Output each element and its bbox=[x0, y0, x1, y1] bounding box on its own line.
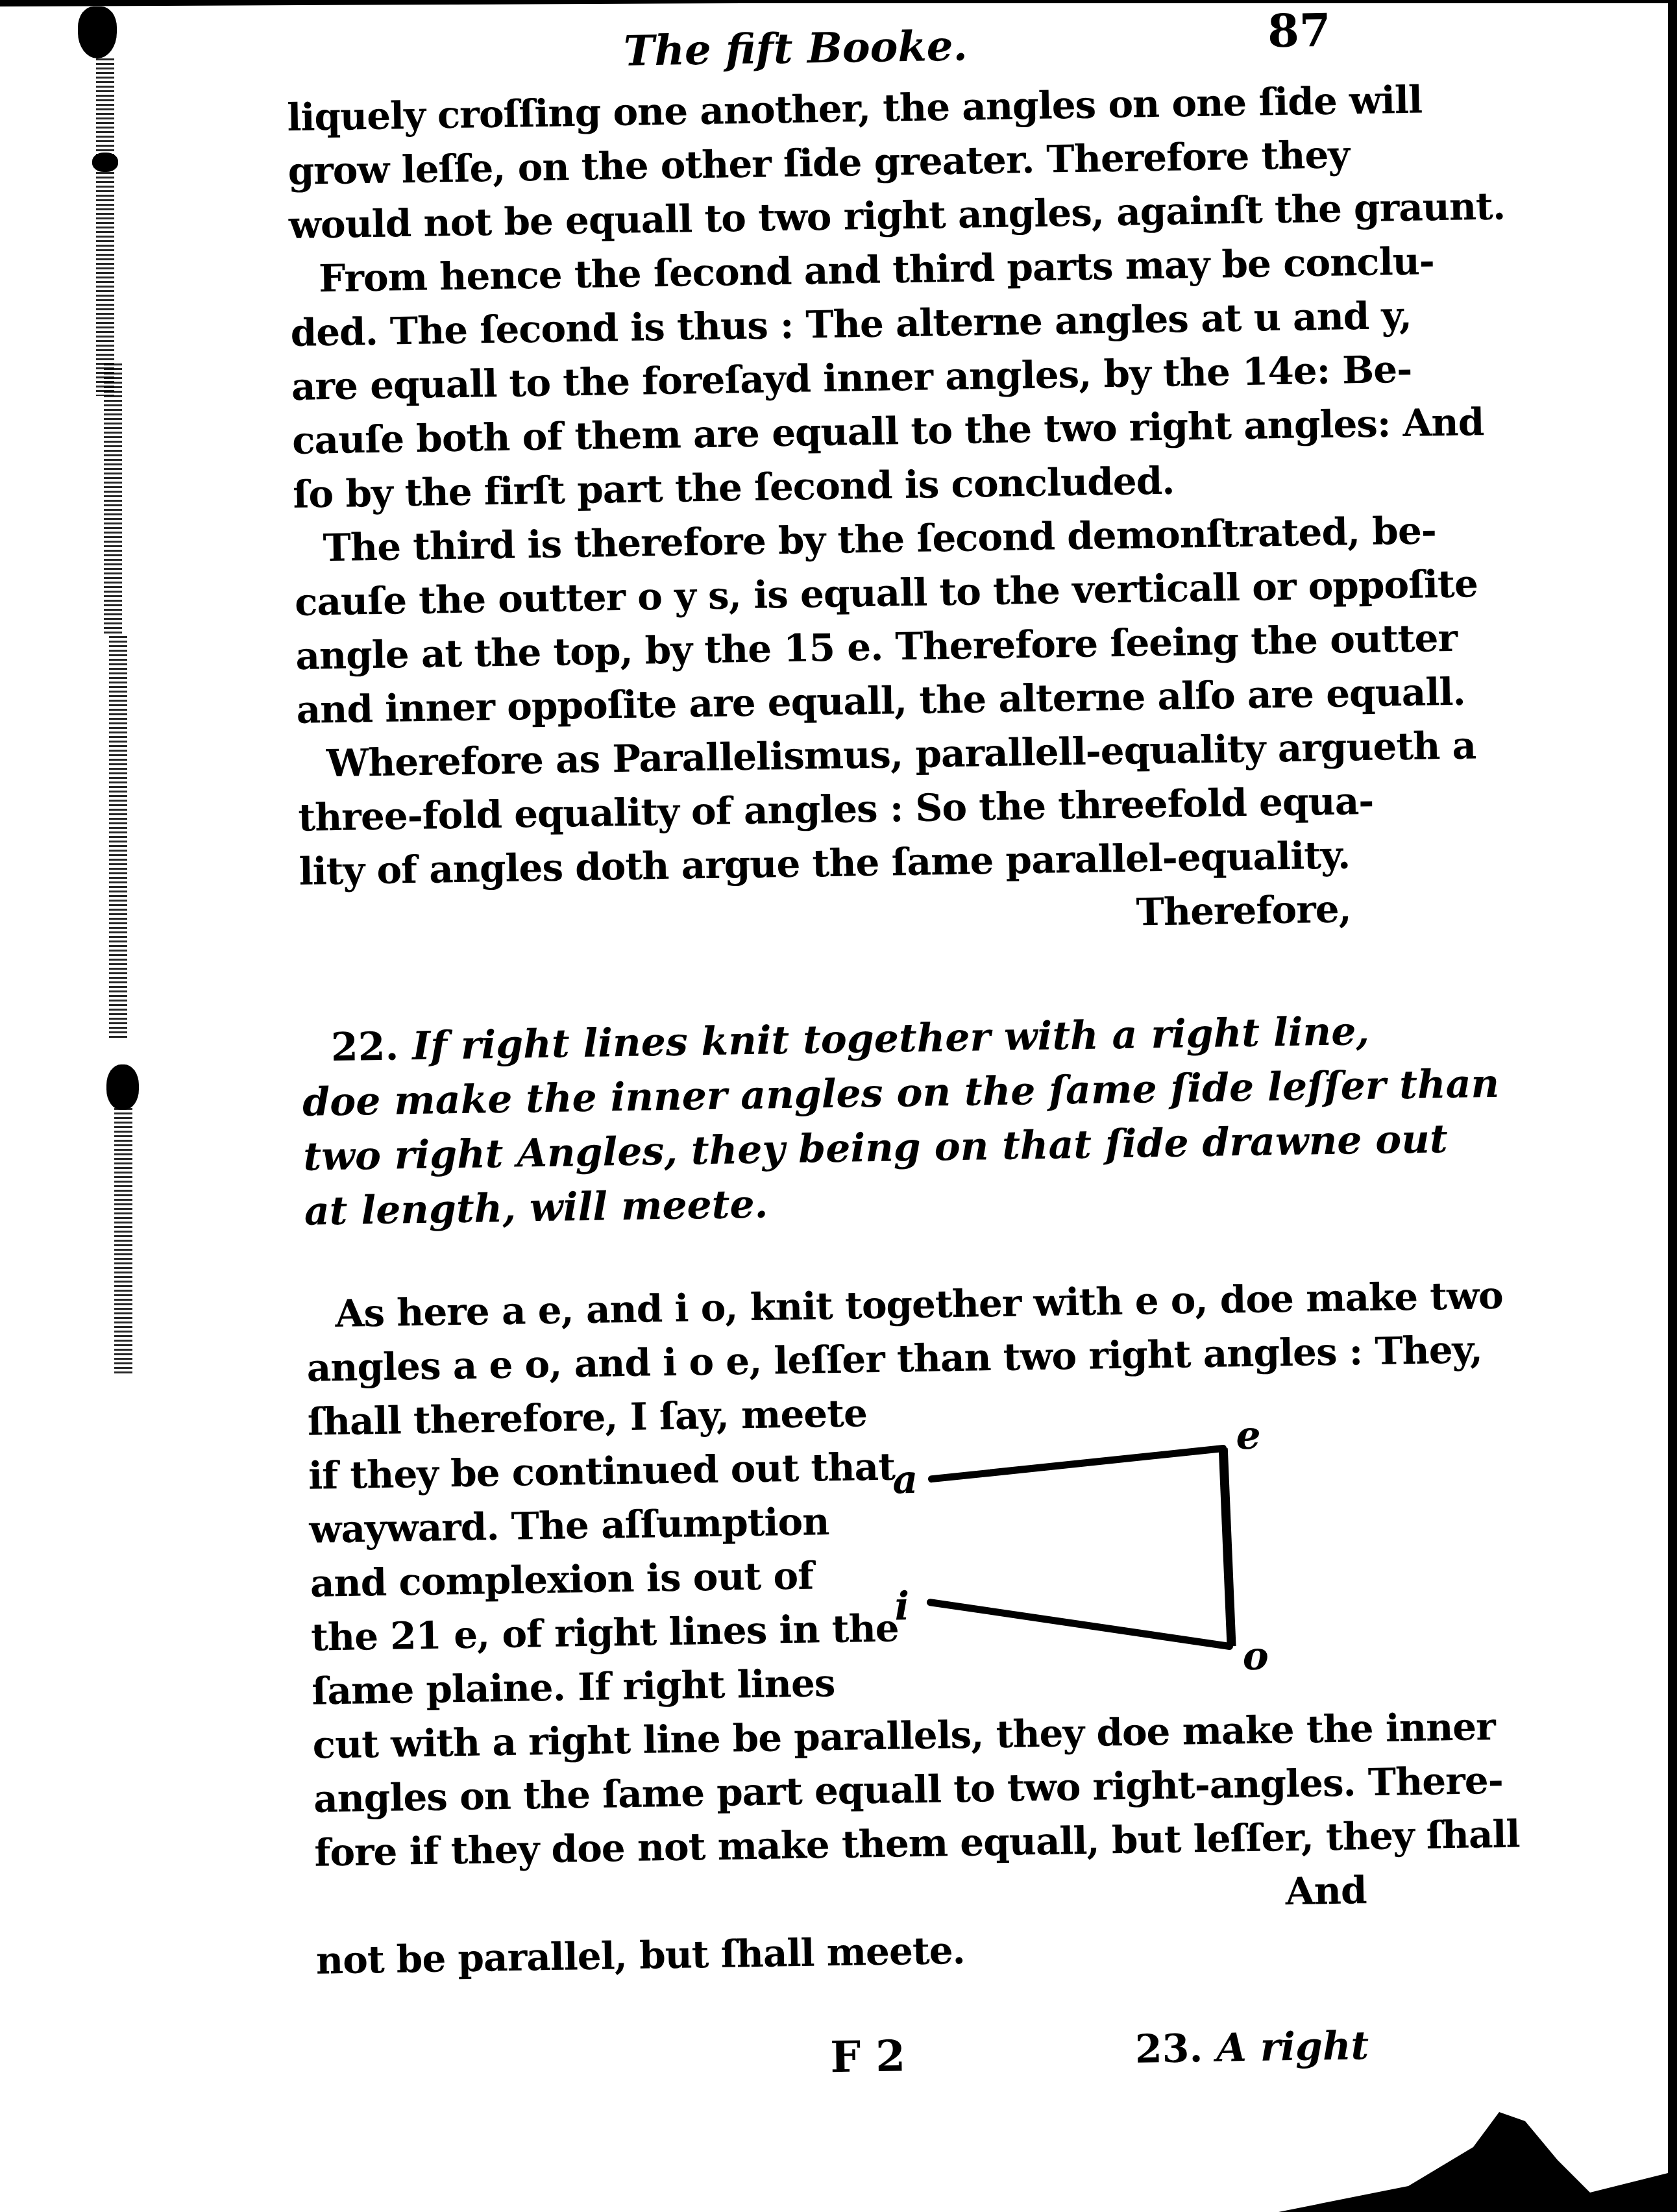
body-text: liquely croſſing one another, the angles… bbox=[287, 75, 1352, 953]
text-line: ſame plaine. If right lines bbox=[312, 1657, 812, 1719]
text-line: the 21 e, of right lines in the bbox=[311, 1603, 811, 1665]
binding-streak bbox=[96, 58, 114, 396]
figure-label-o: o bbox=[1242, 1630, 1268, 1684]
proposition-22: 22. If right lines knit together with a … bbox=[301, 1004, 1356, 1238]
text-line: and complexion is out of bbox=[310, 1549, 810, 1611]
binding-streak bbox=[114, 1103, 132, 1376]
text-line: wayward. The aſſumption bbox=[309, 1495, 809, 1557]
book-page: The fift Booke. 87 liquely croſſing one … bbox=[286, 3, 1369, 2111]
binding-knot bbox=[78, 6, 117, 58]
page-number: 87 bbox=[1267, 3, 1331, 58]
binding-blot bbox=[92, 153, 118, 172]
proposition-number: 22. bbox=[330, 1024, 398, 1070]
text-line: if they be continued out that bbox=[308, 1442, 809, 1503]
text-line: ſhall therefore, I ſay, meete bbox=[307, 1388, 807, 1449]
proposition-text: If right lines knit together with a righ… bbox=[412, 1009, 1370, 1069]
figure-label-e: e bbox=[1236, 1409, 1260, 1464]
binding-streak bbox=[104, 363, 122, 636]
figure-label-a: a bbox=[892, 1453, 918, 1508]
figure-label-i: i bbox=[894, 1580, 909, 1634]
corner-thumb-blot bbox=[1279, 2108, 1668, 2212]
page-footer: F 2 23. A right bbox=[317, 2017, 1370, 2111]
demonstration: As here a e, and i o, knit together with… bbox=[306, 1271, 1368, 1987]
binding-streak bbox=[109, 636, 127, 1038]
running-head: The fift Booke. bbox=[623, 22, 968, 76]
catchword-text: A right bbox=[1216, 2023, 1369, 2071]
trapezoid-diagram-icon bbox=[885, 1421, 1291, 1675]
catchword-number: 23. bbox=[1134, 2026, 1203, 2072]
catchword: 23. A right bbox=[1134, 2023, 1369, 2072]
scan-top-shadow bbox=[0, 0, 1103, 6]
scan-right-edge bbox=[1668, 0, 1677, 2212]
signature-mark: F 2 bbox=[830, 2030, 906, 2082]
geometric-figure: a e i o bbox=[885, 1421, 1291, 1675]
binding-shadow bbox=[78, 0, 149, 2212]
